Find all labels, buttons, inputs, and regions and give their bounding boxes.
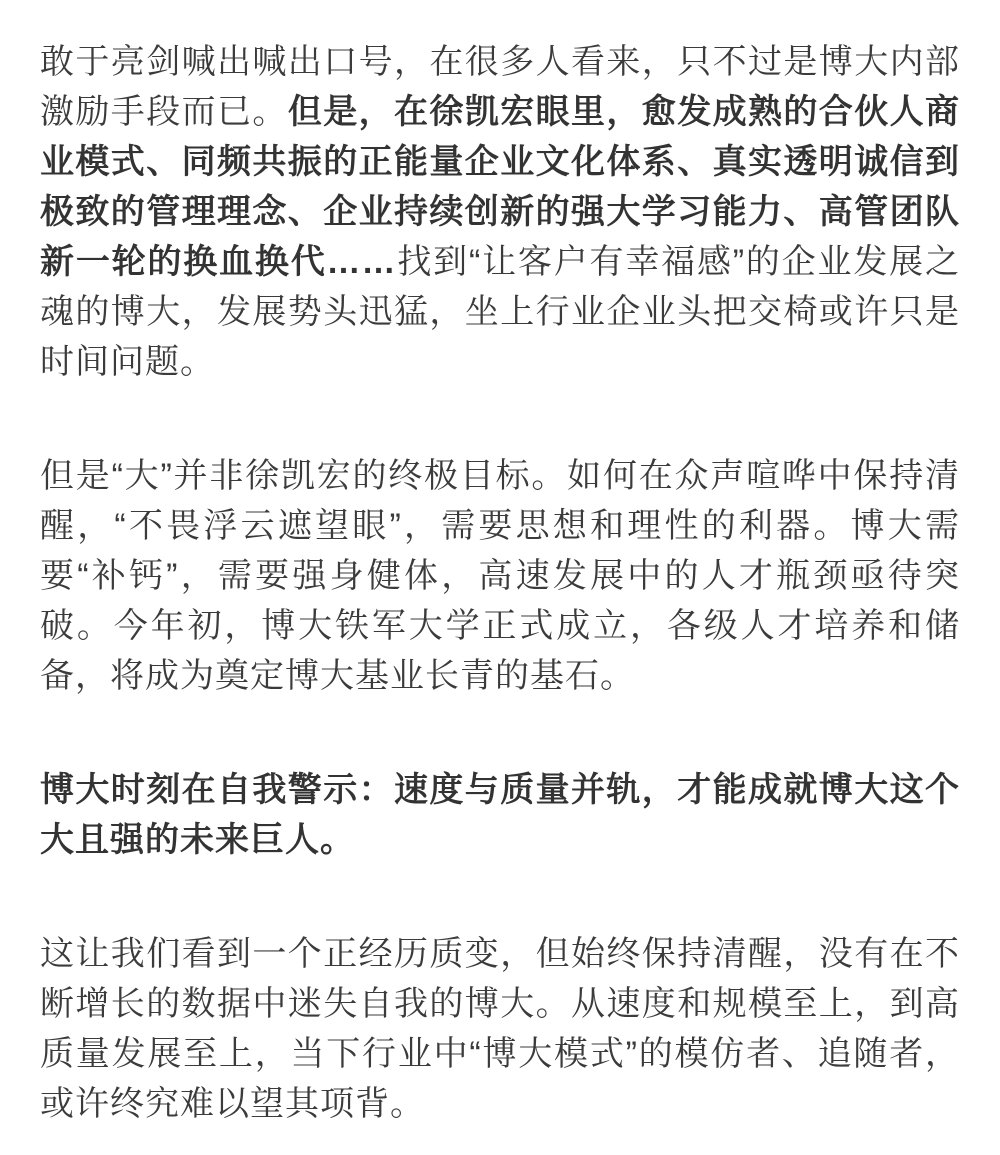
article-body: 敢于亮剑喊出喊出口号，在很多人看来，只不过是博大内部激励手段而已。但是，在徐凯宏… (0, 0, 1000, 1129)
bold-text-run: 博大时刻在自我警示：速度与质量并轨，才能成就博大这个大且强的未来巨人。 (40, 771, 960, 859)
text-run: 但是“大”并非徐凯宏的终极目标。如何在众声喧哗中保持清醒，“不畏浮云遮望眼”，需… (40, 457, 960, 695)
paragraph: 敢于亮剑喊出喊出口号，在很多人看来，只不过是博大内部激励手段而已。但是，在徐凯宏… (40, 37, 960, 387)
paragraph: 但是“大”并非徐凯宏的终极目标。如何在众声喧哗中保持清醒，“不畏浮云遮望眼”，需… (40, 451, 960, 701)
paragraph: 这让我们看到一个正经历质变，但始终保持清醒，没有在不断增长的数据中迷失自我的博大… (40, 929, 960, 1129)
text-run: 这让我们看到一个正经历质变，但始终保持清醒，没有在不断增长的数据中迷失自我的博大… (40, 935, 960, 1123)
paragraph: 博大时刻在自我警示：速度与质量并轨，才能成就博大这个大且强的未来巨人。 (40, 765, 960, 865)
